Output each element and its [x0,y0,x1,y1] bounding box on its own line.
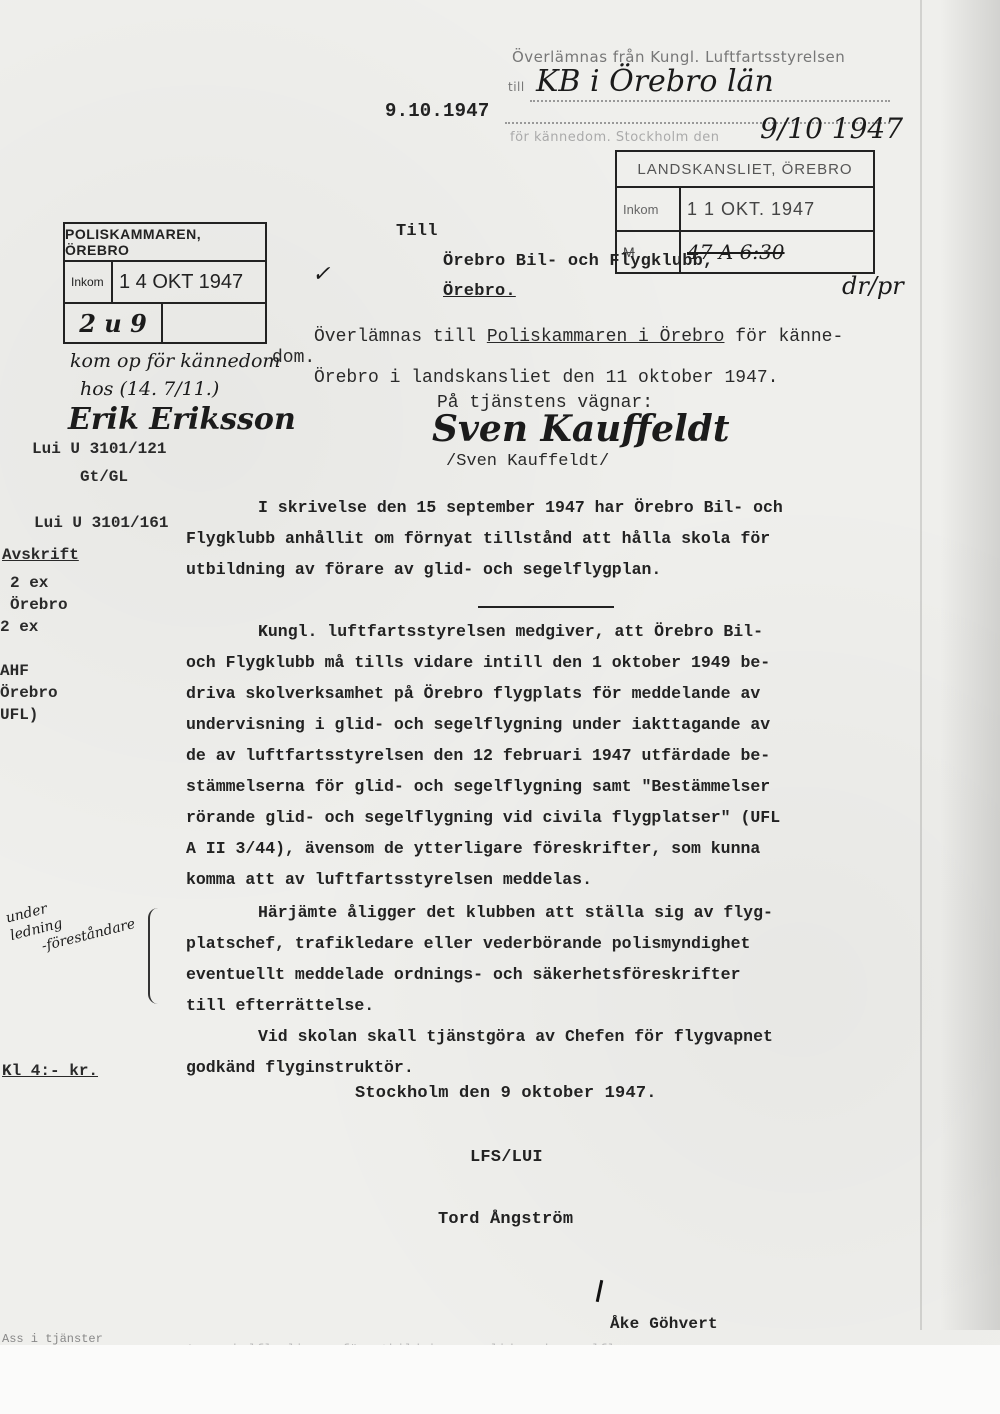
stamp-inkom-date: 1 4 OKT 1947 [113,262,249,302]
document-page: Överlämnas från Kungl. Luftfartsstyrelse… [0,0,1000,1414]
forward-slip-line3: för kännedom. Stockholm den [510,130,719,145]
paragraph-line: rörande glid- och segelflygning vid civi… [186,802,906,833]
paragraph-line: och Flygklubb må tills vidare intill den… [186,647,906,678]
ref-3: Lui U 3101/161 [34,514,168,532]
stamp-poliskammaren: POLISKAMMAREN, ÖREBRO Inkom 1 4 OKT 1947… [63,222,267,344]
paragraph-3: Härjämte åligger det klubben att ställa … [186,897,906,1021]
closing-place-date: Stockholm den 9 oktober 1947. [355,1084,657,1103]
paragraph-line: eventuellt meddelade ordnings- och säker… [186,959,906,990]
ref-2: Gt/GL [80,468,128,486]
paragraph-line: Flygklubb anhållit om förnyat tillstånd … [186,523,906,554]
paragraph-line: utbildning av förare av glid- och segelf… [186,554,906,585]
checkmark-icon: ✓ [312,262,330,287]
addressee-line1: Örebro Bil- och Flygklubb, [443,252,713,271]
pen-mark [596,1280,604,1302]
closing-signatory: Tord Ångström [438,1210,573,1229]
paragraph-4: Vid skolan skall tjänstgöra av Chefen fö… [186,1021,906,1083]
forward-note-recipient: Poliskammaren i Örebro [487,327,725,347]
paragraph-line: stämmelserna för glid- och segelflygning… [186,771,906,802]
ref-1: Lui U 3101/121 [32,440,166,458]
page-fold-line [920,0,922,1330]
forward-note-pre: Överlämnas till [314,327,487,347]
paragraph-line: Vid skolan skall tjänstgöra av Chefen fö… [186,1021,906,1052]
scan-edge-shadow [940,0,1000,1330]
handwritten-signature: Erik Eriksson [68,402,296,437]
stamp-ref-handwritten: 2 u 9 [65,304,163,342]
paragraph-line: I skrivelse den 15 september 1947 har Ör… [186,492,906,523]
handwritten-note-line2: hos (14. 7/11.) [80,378,219,400]
paragraph-line: godkänd flyginstruktör. [186,1052,906,1083]
forward-slip-date-handwritten: 9/10 1947 [760,112,903,145]
stamp-title: POLISKAMMAREN, ÖREBRO [65,224,265,262]
stamp-title: LANDSKANSLIET, ÖREBRO [617,152,873,188]
paragraph-line: till efterrättelse. [186,990,906,1021]
document-date: 9.10.1947 [385,100,489,122]
distribution-item: 2 ex [0,618,38,636]
forward-note-post: för känne- [724,327,843,347]
forward-slip-till-label: till [508,80,525,94]
closing-dept: LFS/LUI [470,1148,543,1167]
paragraph-line: de av luftfartsstyrelsen den 12 februari… [186,740,906,771]
paragraph-line: Kungl. luftfartsstyrelsen medgiver, att … [186,616,906,647]
distribution-item: Örebro [10,596,68,614]
distribution-item: Örebro [0,684,58,702]
page-bottom-margin [0,1345,1000,1414]
distribution-item: AHF [0,662,29,680]
margin-note-handwritten: under ledning -föreståndare [4,880,137,962]
forward-slip-till-handwritten: KB i Örebro län [536,64,774,99]
distribution-item: UFL) [0,706,38,724]
forward-note-line1: Överlämnas till Poliskammaren i Örebro f… [314,327,843,347]
stamp-empty-cell [163,304,175,342]
closing-countersign: Åke Göhvert [610,1315,718,1333]
distribution-item: 2 ex [10,574,48,592]
separator-line [478,606,614,608]
stamp-inkom-label: Inkom [65,262,113,302]
paragraph-1: I skrivelse den 15 september 1947 har Ör… [186,492,906,585]
stamp-inkom-label: Inkom [617,188,681,230]
paragraph-2: Kungl. luftfartsstyrelsen medgiver, att … [186,616,906,895]
paragraph-line: komma att av luftfartsstyrelsen meddelas… [186,864,906,895]
brace-mark [148,908,160,1004]
forward-note-typed-name: /Sven Kauffeldt/ [446,452,609,471]
paragraph-line: undervisning i glid- och segelflygning u… [186,709,906,740]
initials-handwritten: dr/pr [842,272,904,300]
addressee-till: Till [396,222,438,241]
fee-note: Kl 4:- kr. [2,1062,98,1080]
distribution-heading: Avskrift [2,546,79,564]
addressee-line2: Örebro. [443,282,516,301]
footer-left: Ass i tjänster [2,1332,103,1346]
signature-kauffeldt: Sven Kauffeldt [432,408,729,450]
paragraph-line: A II 3/44), ävensom de ytterligare föres… [186,833,906,864]
forward-note-line3: Örebro i landskansliet den 11 oktober 19… [314,368,778,388]
paragraph-line: platschef, trafikledare eller vederböran… [186,928,906,959]
stamp-inkom-date: 1 1 OKT. 1947 [681,188,821,230]
dotted-line [530,100,890,102]
handwritten-note-line1: kom op för kännedom [70,350,280,372]
paragraph-line: driva skolverksamhet på Örebro flygplats… [186,678,906,709]
paragraph-line: Härjämte åligger det klubben att ställa … [186,897,906,928]
